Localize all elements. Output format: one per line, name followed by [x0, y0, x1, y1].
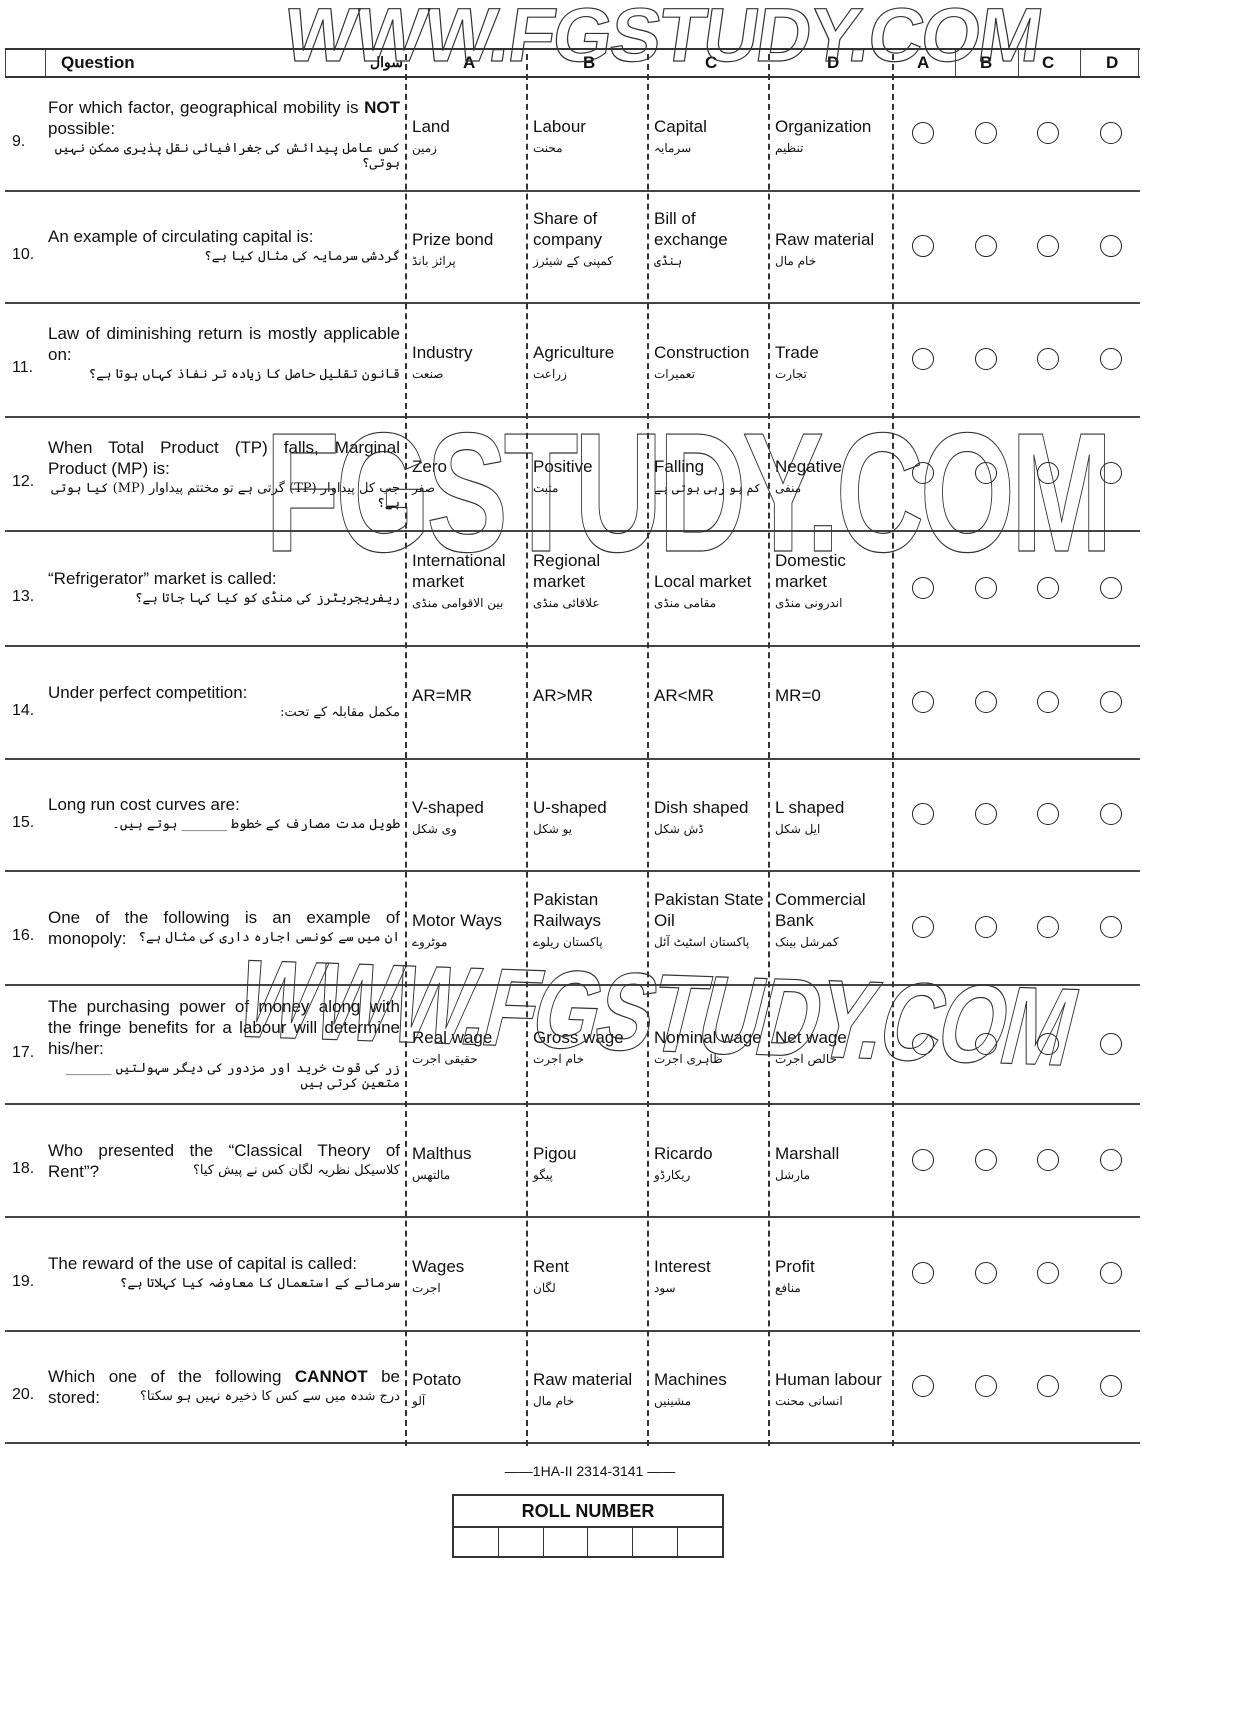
option-c-text-urdu: مقامی منڈی [654, 596, 772, 610]
column-divider [892, 54, 894, 1446]
option-c-text-urdu: سرمایہ [654, 141, 772, 155]
question-number: 10. [12, 246, 34, 264]
option-c-text-urdu: ریکارڈو [654, 1168, 772, 1182]
option-d-text: Human labour [775, 1369, 893, 1390]
option-d-text-urdu: تنظیم [775, 141, 893, 155]
option-c-text-urdu: پاکستان اسٹیٹ آئل [654, 935, 772, 949]
answer-bubble-a[interactable] [912, 1262, 934, 1284]
answer-bubble-c[interactable] [1037, 235, 1059, 257]
option-d-text-urdu: مارشل [775, 1168, 893, 1182]
question-row: 15.Long run cost curves are:طویل مدت مصا… [5, 760, 1140, 872]
option-d-text: Trade [775, 342, 893, 363]
answer-bubble-c[interactable] [1037, 1149, 1059, 1171]
option-d-text: Commercial Bank [775, 889, 893, 931]
option-b-text-urdu: یو شکل [533, 822, 651, 836]
column-divider [405, 54, 407, 1446]
question-text: The purchasing power of money along with… [48, 996, 400, 1059]
question-number: 18. [12, 1160, 34, 1178]
question-text-urdu: گردشی سرمایہ کی مثال کیا ہے؟ [48, 249, 400, 264]
option-a-text: Real wage [412, 1027, 530, 1048]
roll-number-digit-box[interactable] [588, 1528, 633, 1558]
option-a-text-urdu: صفر [412, 481, 530, 495]
answer-bubble-d[interactable] [1100, 916, 1122, 938]
answer-bubble-b[interactable] [975, 1375, 997, 1397]
answer-bubble-c[interactable] [1037, 1375, 1059, 1397]
question-row: 12.When Total Product (TP) falls, Margin… [5, 418, 1140, 532]
answer-bubble-b[interactable] [975, 916, 997, 938]
option-a-text: Potato [412, 1369, 530, 1390]
option-a-text: Motor Ways [412, 910, 530, 931]
option-a-text-urdu: بین الاقوامی منڈی [412, 596, 530, 610]
header-divider [45, 50, 46, 76]
question-text: “Refrigerator” market is called: [48, 568, 400, 589]
answer-bubble-d[interactable] [1100, 1033, 1122, 1055]
option-b-text-urdu: مثبت [533, 481, 651, 495]
header-divider [1138, 50, 1139, 76]
option-a-text-urdu: پرائز بانڈ [412, 254, 530, 268]
answer-bubble-a[interactable] [912, 1149, 934, 1171]
question-number: 9. [12, 133, 25, 151]
option-d-text-urdu: کمرشل بینک [775, 935, 893, 949]
answer-bubble-d[interactable] [1100, 1262, 1122, 1284]
option-header-a: A [463, 50, 475, 76]
option-b-text-urdu: کمپنی کے شیئرز [533, 254, 651, 268]
option-c-text: Construction [654, 342, 772, 363]
header-divider [5, 50, 6, 76]
answer-bubble-d[interactable] [1100, 235, 1122, 257]
question-row: 20.Which one of the following CANNOT be … [5, 1332, 1140, 1444]
answer-bubble-c[interactable] [1037, 803, 1059, 825]
question-text-urdu: طویل مدت مصارف کے خطوط _______ ہوتے ہیں۔ [48, 817, 400, 832]
option-b-text-urdu: پیگو [533, 1168, 651, 1182]
option-a-text-urdu: مالتھس [412, 1168, 530, 1182]
question-number: 17. [12, 1044, 34, 1062]
question-number: 12. [12, 473, 34, 491]
option-b-text: Regional market [533, 550, 651, 592]
answer-bubble-c[interactable] [1037, 577, 1059, 599]
question-text: Long run cost curves are: [48, 794, 400, 815]
option-b-text: Pakistan Railways [533, 889, 651, 931]
question-text: For which factor, geographical mobility … [48, 97, 400, 139]
header-divider [1018, 50, 1019, 76]
answer-bubble-b[interactable] [975, 803, 997, 825]
question-number: 15. [12, 814, 34, 832]
roll-number-digit-box[interactable] [678, 1528, 722, 1558]
answer-bubble-c[interactable] [1037, 1033, 1059, 1055]
option-a-text: Zero [412, 456, 530, 477]
option-c-text: Nominal wage [654, 1027, 772, 1048]
option-a-text: Malthus [412, 1143, 530, 1164]
option-header-b: B [583, 50, 595, 76]
option-c-text: Ricardo [654, 1143, 772, 1164]
option-c-text: Capital [654, 116, 772, 137]
option-d-text-urdu: تجارت [775, 367, 893, 381]
answer-bubble-b[interactable] [975, 691, 997, 713]
question-number: 14. [12, 702, 34, 720]
question-row: 16.One of the following is an example of… [5, 872, 1140, 986]
option-a-text: AR=MR [412, 685, 530, 706]
option-b-text: Raw material [533, 1369, 651, 1390]
question-number: 20. [12, 1386, 34, 1404]
option-c-text: Falling [654, 456, 772, 477]
answer-header-d: D [1106, 50, 1118, 76]
question-number: 16. [12, 927, 34, 945]
answer-bubble-b[interactable] [975, 1033, 997, 1055]
roll-number-digit-box[interactable] [454, 1528, 499, 1558]
option-b-text-urdu: زراعت [533, 367, 651, 381]
option-c-text-urdu: سود [654, 1281, 772, 1295]
option-d-text: Domestic market [775, 550, 893, 592]
option-header-d: D [827, 50, 839, 76]
header-divider [955, 50, 956, 76]
option-b-text-urdu: لگان [533, 1281, 651, 1295]
option-a-text-urdu: آلو [412, 1394, 530, 1408]
emphasis: CANNOT [295, 1367, 368, 1386]
answer-bubble-d[interactable] [1100, 1149, 1122, 1171]
option-header-c: C [705, 50, 717, 76]
option-a-text: Land [412, 116, 530, 137]
option-d-text-urdu: خام مال [775, 254, 893, 268]
question-row: 18.Who presented the “Classical Theory o… [5, 1105, 1140, 1218]
option-d-text: L shaped [775, 797, 893, 818]
option-c-text: AR<MR [654, 685, 772, 706]
answer-bubble-a[interactable] [912, 803, 934, 825]
question-text-urdu: جب کل پیداوار (TP) گرتی ہے تو مختتم پیدا… [48, 481, 400, 511]
answer-header-b: B [980, 50, 992, 76]
answer-bubble-b[interactable] [975, 1149, 997, 1171]
option-c-text: Dish shaped [654, 797, 772, 818]
option-b-text: Labour [533, 116, 651, 137]
answer-bubble-d[interactable] [1100, 462, 1122, 484]
question-row: 9.For which factor, geographical mobilit… [5, 78, 1140, 192]
roll-number-digit-box[interactable] [633, 1528, 678, 1558]
answer-bubble-d[interactable] [1100, 122, 1122, 144]
option-c-text-urdu: ڈش شکل [654, 822, 772, 836]
option-a-text-urdu: صنعت [412, 367, 530, 381]
question-row: 11.Law of diminishing return is mostly a… [5, 304, 1140, 418]
answer-bubble-b[interactable] [975, 577, 997, 599]
answer-bubble-c[interactable] [1037, 462, 1059, 484]
option-d-text-urdu: انسانی محنت [775, 1394, 893, 1408]
answer-bubble-d[interactable] [1100, 691, 1122, 713]
answer-bubble-d[interactable] [1100, 803, 1122, 825]
answer-bubble-b[interactable] [975, 1262, 997, 1284]
emphasis: NOT [364, 98, 400, 117]
question-row: 14.Under perfect competition:مکمل مقابلہ… [5, 647, 1140, 760]
option-a-text-urdu: وی شکل [412, 822, 530, 836]
question-text: When Total Product (TP) falls, Marginal … [48, 437, 400, 479]
option-b-text: Pigou [533, 1143, 651, 1164]
answer-header-c: C [1042, 50, 1054, 76]
question-text-urdu: سرمائے کے استعمال کا معاوضہ کیا کہلاتا ہ… [48, 1276, 400, 1291]
roll-number-digit-box[interactable] [544, 1528, 589, 1558]
option-b-text-urdu: خام اجرت [533, 1052, 651, 1066]
question-number: 19. [12, 1273, 34, 1291]
option-b-text: Positive [533, 456, 651, 477]
paper-code: ——1HA-II 2314-3141 —— [0, 1463, 1180, 1479]
roll-number-digit-box[interactable] [499, 1528, 544, 1558]
option-d-text-urdu: منافع [775, 1281, 893, 1295]
roll-number-label: ROLL NUMBER [454, 1496, 722, 1528]
answer-bubble-a[interactable] [912, 916, 934, 938]
question-row: 13.“Refrigerator” market is called:ریفری… [5, 532, 1140, 647]
option-d-text-urdu: منفی [775, 481, 893, 495]
option-c-text-urdu: ہنڈی [654, 254, 772, 268]
question-number: 11. [12, 359, 33, 377]
option-c-text-urdu: تعمیرات [654, 367, 772, 381]
option-a-text: Industry [412, 342, 530, 363]
option-d-text: Organization [775, 116, 893, 137]
option-b-text: AR>MR [533, 685, 651, 706]
question-number: 13. [12, 588, 34, 606]
answer-bubble-c[interactable] [1037, 1262, 1059, 1284]
option-b-text-urdu: محنت [533, 141, 651, 155]
question-text-urdu: ریفریجریٹرز کی منڈی کو کیا کہا جاتا ہے؟ [48, 591, 400, 606]
option-d-text: MR=0 [775, 685, 893, 706]
answer-bubble-d[interactable] [1100, 1375, 1122, 1397]
option-c-text: Interest [654, 1256, 772, 1277]
question-text-urdu: کس عامل پیدائش کی جغرافیائی نقل پذیری مم… [48, 141, 400, 171]
answer-header-a: A [917, 50, 929, 76]
option-c-text: Pakistan State Oil [654, 889, 772, 931]
answer-bubble-c[interactable] [1037, 916, 1059, 938]
option-b-text-urdu: علاقائی منڈی [533, 596, 651, 610]
question-text-urdu: مکمل مقابلہ کے تحت: [48, 705, 400, 720]
option-b-text: Agriculture [533, 342, 651, 363]
option-b-text: U-shaped [533, 797, 651, 818]
option-d-text: Negative [775, 456, 893, 477]
option-b-text-urdu: پاکستان ریلوے [533, 935, 651, 949]
question-header-urdu: سوال [370, 50, 403, 76]
answer-bubble-a[interactable] [912, 1033, 934, 1055]
option-c-text-urdu: کم ہو رہی ہوتی ہے [654, 481, 772, 495]
answer-bubble-d[interactable] [1100, 348, 1122, 370]
question-row: 17.The purchasing power of money along w… [5, 986, 1140, 1105]
option-c-text-urdu: مشینیں [654, 1394, 772, 1408]
option-d-text-urdu: اندرونی منڈی [775, 596, 893, 610]
option-d-text-urdu: ایل شکل [775, 822, 893, 836]
question-text: Law of diminishing return is mostly appl… [48, 323, 400, 365]
header-divider [1080, 50, 1081, 76]
answer-bubble-b[interactable] [975, 122, 997, 144]
option-a-text: Prize bond [412, 229, 530, 250]
option-a-text-urdu: زمین [412, 141, 530, 155]
answer-bubble-c[interactable] [1037, 691, 1059, 713]
answer-bubble-a[interactable] [912, 122, 934, 144]
option-c-text: Bill of exchange [654, 208, 772, 250]
answer-bubble-a[interactable] [912, 348, 934, 370]
option-d-text: Net wage [775, 1027, 893, 1048]
answer-bubble-b[interactable] [975, 462, 997, 484]
option-a-text-urdu: اجرت [412, 1281, 530, 1295]
option-c-text-urdu: ظاہری اجرت [654, 1052, 772, 1066]
question-text-urdu: کلاسیکل نظریہ لگان کس نے پیش کیا؟ [48, 1163, 400, 1178]
option-b-text-urdu: خام مال [533, 1394, 651, 1408]
column-divider [647, 54, 649, 1446]
answer-bubble-c[interactable] [1037, 122, 1059, 144]
column-divider [768, 54, 770, 1446]
question-text-urdu: قانون تقلیل حاصل کا زیادہ تر نفاذ کہاں ہ… [48, 367, 400, 382]
question-row: 19.The reward of the use of capital is c… [5, 1218, 1140, 1332]
table-header: Question سوال A B C D A B C D [5, 48, 1140, 78]
answer-bubble-a[interactable] [912, 577, 934, 599]
option-a-text: International market [412, 550, 530, 592]
option-c-text: Machines [654, 1369, 772, 1390]
question-row: 10.An example of circulating capital is:… [5, 192, 1140, 304]
column-divider [526, 54, 528, 1446]
answer-bubble-a[interactable] [912, 1375, 934, 1397]
question-text: An example of circulating capital is: [48, 226, 400, 247]
option-d-text: Marshall [775, 1143, 893, 1164]
answer-bubble-b[interactable] [975, 235, 997, 257]
option-a-text: V-shaped [412, 797, 530, 818]
option-b-text: Rent [533, 1256, 651, 1277]
question-text: Under perfect competition: [48, 682, 400, 703]
answer-bubble-d[interactable] [1100, 577, 1122, 599]
option-b-text: Share of company [533, 208, 651, 250]
option-a-text-urdu: موٹروے [412, 935, 530, 949]
roll-number-box: ROLL NUMBER [452, 1494, 724, 1558]
question-header: Question [61, 50, 135, 76]
answer-bubble-b[interactable] [975, 348, 997, 370]
answer-bubble-a[interactable] [912, 462, 934, 484]
answer-bubble-c[interactable] [1037, 348, 1059, 370]
option-b-text: Gross wage [533, 1027, 651, 1048]
option-d-text: Profit [775, 1256, 893, 1277]
option-c-text: Local market [654, 571, 772, 592]
answer-bubble-a[interactable] [912, 235, 934, 257]
answer-bubble-a[interactable] [912, 691, 934, 713]
option-d-text: Raw material [775, 229, 893, 250]
question-text-urdu: درج شدہ میں سے کس کا ذخیرہ نہیں ہو سکتا؟ [48, 1389, 400, 1404]
option-a-text: Wages [412, 1256, 530, 1277]
option-d-text-urdu: خالص اجرت [775, 1052, 893, 1066]
option-a-text-urdu: حقیقی اجرت [412, 1052, 530, 1066]
question-text: The reward of the use of capital is call… [48, 1253, 400, 1274]
question-text-urdu: زر کی قوت خرید اور مزدور کی دیگر سہولتیں… [48, 1061, 400, 1091]
question-text-urdu: ان میں سے کونسی اجارہ داری کی مثال ہے؟ [48, 930, 400, 945]
